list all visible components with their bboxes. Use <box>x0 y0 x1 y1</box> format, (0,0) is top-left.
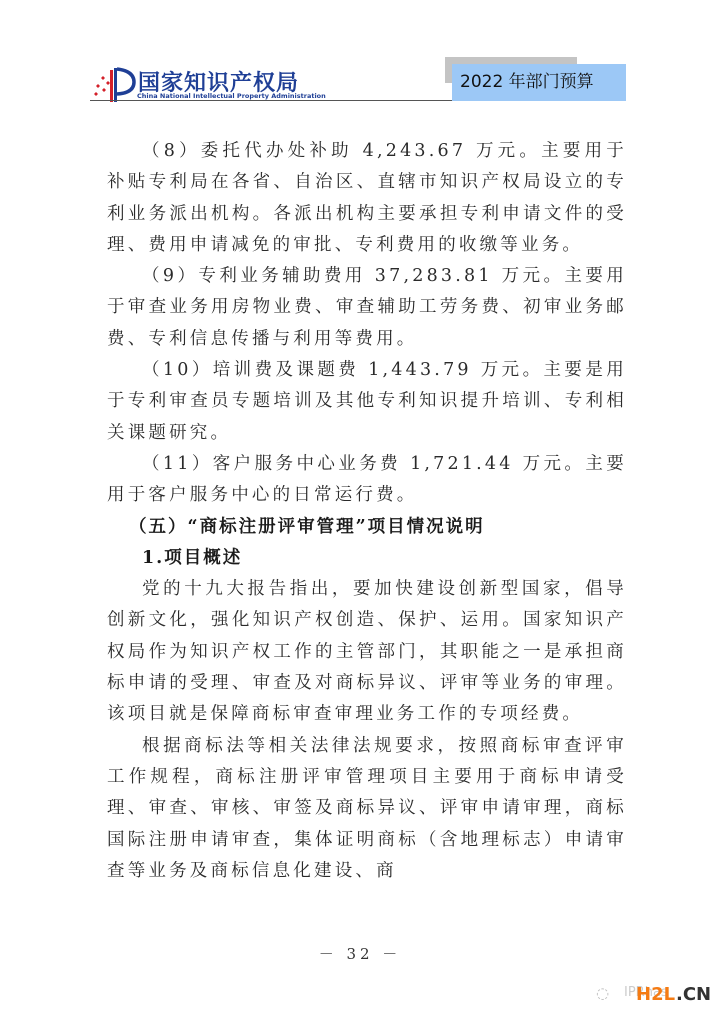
page-number: － 32 － <box>0 943 720 964</box>
cnipa-logo-icon <box>92 64 136 104</box>
paragraph-overview: 党的十九大报告指出，要加快建设创新型国家，倡导创新文化，强化知识产权创造、保护、… <box>107 574 627 730</box>
org-name-en: China National Intellectual Property Adm… <box>137 92 326 100</box>
subsection-heading: 1.项目概述 <box>107 543 627 574</box>
paragraph-legal-basis: 根据商标法等相关法律法规要求，按照商标审查评审工作规程，商标注册评审管理项目主要… <box>107 731 627 887</box>
paragraph-item-11: （11）客户服务中心业务费 1,721.44 万元。主要用于客户服务中心的日常运… <box>107 449 627 512</box>
watermark: ◌ IPRhas H2L .CN <box>596 982 720 1008</box>
paragraph-item-10: （10）培训费及课题费 1,443.79 万元。主要是用于专利审查员专题培训及其… <box>107 355 627 449</box>
paragraph-item-8: （8）委托代办处补助 4,243.67 万元。主要用于补贴专利局在各省、自治区、… <box>107 136 627 261</box>
page-header: 国家知识产权局 China National Intellectual Prop… <box>0 0 720 110</box>
watermark-brand-h2l: H2L <box>636 984 675 1005</box>
budget-year-badge: 2022 年部门预算 <box>452 64 626 101</box>
document-body: （8）委托代办处补助 4,243.67 万元。主要用于补贴专利局在各省、自治区、… <box>107 136 627 887</box>
section-heading: （五）“商标注册评审管理”项目情况说明 <box>107 512 627 543</box>
wechat-icon: ◌ <box>596 984 609 1002</box>
watermark-brand-cn: .CN <box>676 984 711 1005</box>
paragraph-item-9: （9）专利业务辅助费用 37,283.81 万元。主要用于审查业务用房物业费、审… <box>107 261 627 355</box>
